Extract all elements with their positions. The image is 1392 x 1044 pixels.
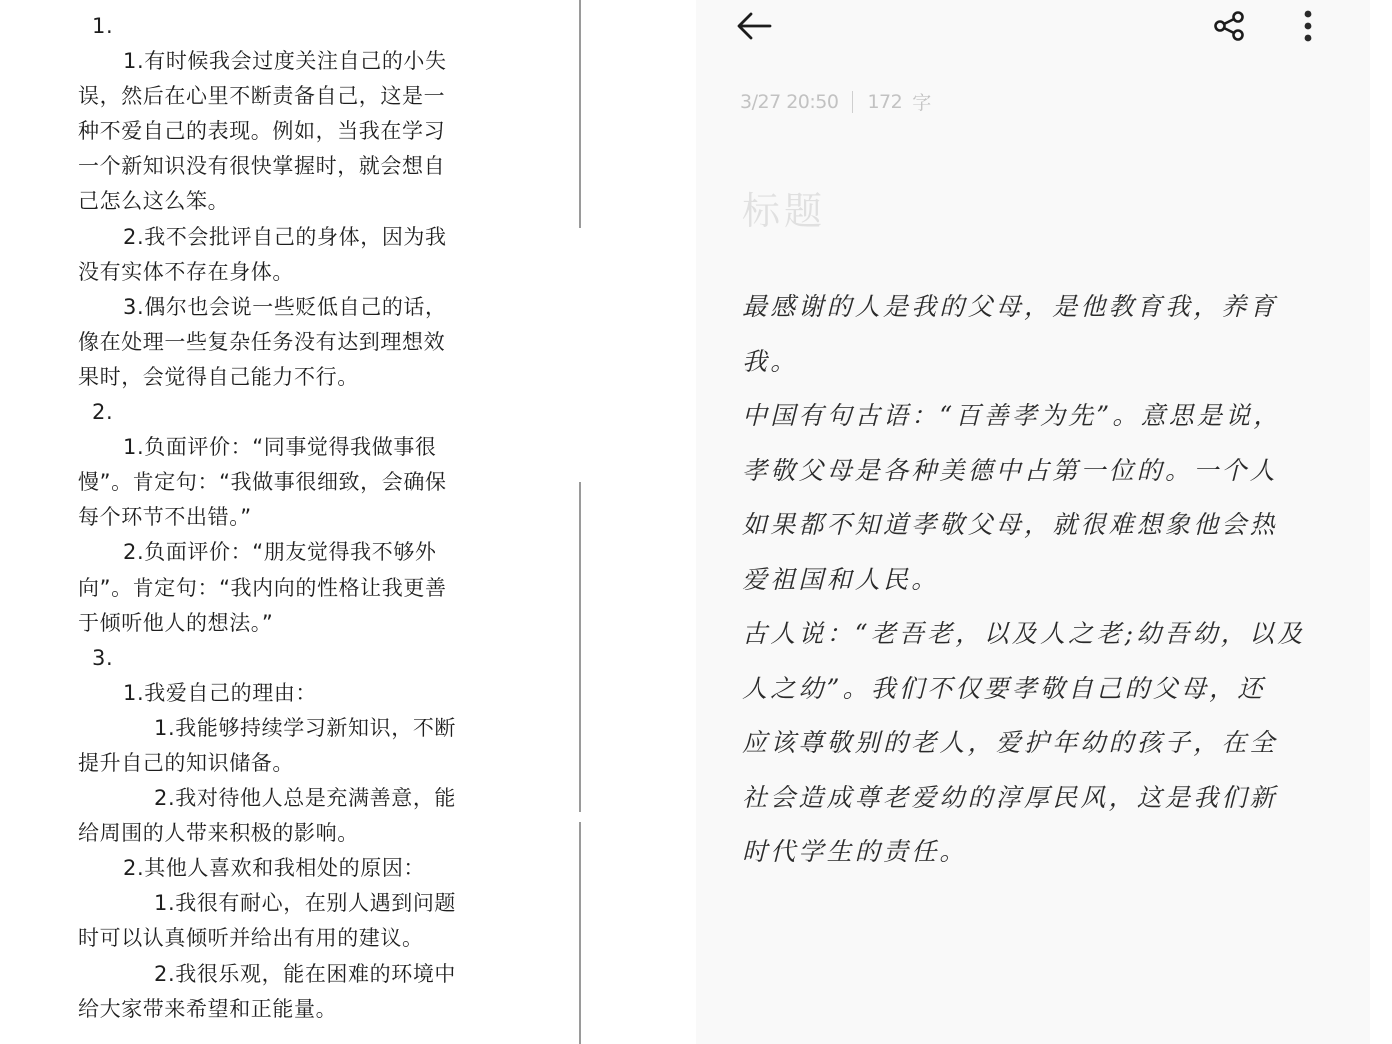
doc-line: 己怎么这么笨。 xyxy=(78,184,558,219)
doc-line: 2.我不会批评自己的身体，因为我 xyxy=(78,220,558,255)
note-title-input[interactable]: 标题 xyxy=(742,180,826,235)
note-line: 应该尊敬别的老人，爱护年幼的孩子，在全 xyxy=(742,716,1332,771)
note-line: 人之幼”。我们不仅要孝敬自己的父母，还 xyxy=(742,662,1332,717)
note-line: 如果都不知道孝敬父母，就很难想象他会热 xyxy=(742,498,1332,553)
meta-separator xyxy=(852,91,853,113)
note-datetime: 3/27 20:50 xyxy=(740,91,838,113)
doc-line: 种不爱自己的表现。例如，当我在学习 xyxy=(78,114,558,149)
share-icon xyxy=(1213,10,1247,42)
doc-line: 没有实体不存在身体。 xyxy=(78,255,558,290)
scrollbar-segment[interactable] xyxy=(579,822,581,1044)
note-line: 我。 xyxy=(742,335,1332,390)
doc-line: 误，然后在心里不断责备自己，这是一 xyxy=(78,79,558,114)
char-count: 172 xyxy=(867,91,902,113)
doc-line: 2.我对待他人总是充满善意，能 xyxy=(78,781,558,816)
doc-line: 慢”。肯定句：“我做事很细致，会确保 xyxy=(78,465,558,500)
note-line: 孝敬父母是各种美德中占第一位的。一个人 xyxy=(742,444,1332,499)
note-body-editor[interactable]: 最感谢的人是我的父母，是他教育我，养育 我。 中国有句古语：“百善孝为先”。意思… xyxy=(742,280,1332,880)
more-options-button[interactable] xyxy=(1294,6,1322,46)
doc-line: 于倾听他人的想法。” xyxy=(78,606,558,641)
doc-line: 2.负面评价：“朋友觉得我不够外 xyxy=(78,535,558,570)
doc-line: 3.偶尔也会说一些贬低自己的话， xyxy=(78,290,558,325)
note-line: 古人说：“老吾老，以及人之老;幼吾幼，以及 xyxy=(742,607,1332,662)
doc-line: 1.我爱自己的理由： xyxy=(78,676,558,711)
doc-line: 向”。肯定句：“我内向的性格让我更善 xyxy=(78,571,558,606)
document-text: 1. 1.有时候我会过度关注自己的小失 误，然后在心里不断责备自己，这是一 种不… xyxy=(78,9,558,1027)
doc-line: 1.负面评价：“同事觉得我做事很 xyxy=(78,430,558,465)
note-line: 爱祖国和人民。 xyxy=(742,553,1332,608)
doc-line: 2.我很乐观，能在困难的环境中 xyxy=(78,957,558,992)
doc-line: 一个新知识没有很快掌握时，就会想自 xyxy=(78,149,558,184)
scrollbar-segment[interactable] xyxy=(579,482,581,812)
scrollbar-segment[interactable] xyxy=(579,0,581,228)
doc-line: 1.我能够持续学习新知识，不断 xyxy=(78,711,558,746)
doc-line: 2.其他人喜欢和我相处的原因： xyxy=(78,851,558,886)
doc-line: 给周围的人带来积极的影响。 xyxy=(78,816,558,851)
doc-line: 2. xyxy=(78,395,558,430)
note-line: 时代学生的责任。 xyxy=(742,825,1332,880)
doc-line: 1.我很有耐心，在别人遇到问题 xyxy=(78,886,558,921)
arrow-left-icon xyxy=(736,11,772,41)
doc-line: 1. xyxy=(78,9,558,44)
doc-line: 每个环节不出错。” xyxy=(78,500,558,535)
note-line: 最感谢的人是我的父母，是他教育我，养育 xyxy=(742,280,1332,335)
note-line: 社会造成尊老爱幼的淳厚民风，这是我们新 xyxy=(742,771,1332,826)
doc-line: 1.有时候我会过度关注自己的小失 xyxy=(78,44,558,79)
doc-line: 果时，会觉得自己能力不行。 xyxy=(78,360,558,395)
doc-line: 像在处理一些复杂任务没有达到理想效 xyxy=(78,325,558,360)
doc-line: 3. xyxy=(78,641,558,676)
doc-line: 时可以认真倾听并给出有用的建议。 xyxy=(78,921,558,956)
note-line: 中国有句古语：“百善孝为先”。意思是说， xyxy=(742,389,1332,444)
note-editor-panel: 3/27 20:50 172 字 标题 最感谢的人是我的父母，是他教育我，养育 … xyxy=(696,0,1370,1044)
char-unit: 字 xyxy=(912,88,931,115)
doc-line: 给大家带来希望和正能量。 xyxy=(78,992,558,1027)
left-document-panel: 1. 1.有时候我会过度关注自己的小失 误，然后在心里不断责备自己，这是一 种不… xyxy=(0,0,580,1044)
share-button[interactable] xyxy=(1210,8,1250,44)
back-button[interactable] xyxy=(734,8,774,44)
doc-line: 提升自己的知识储备。 xyxy=(78,746,558,781)
note-meta: 3/27 20:50 172 字 xyxy=(740,88,931,115)
more-vertical-icon xyxy=(1303,9,1313,43)
